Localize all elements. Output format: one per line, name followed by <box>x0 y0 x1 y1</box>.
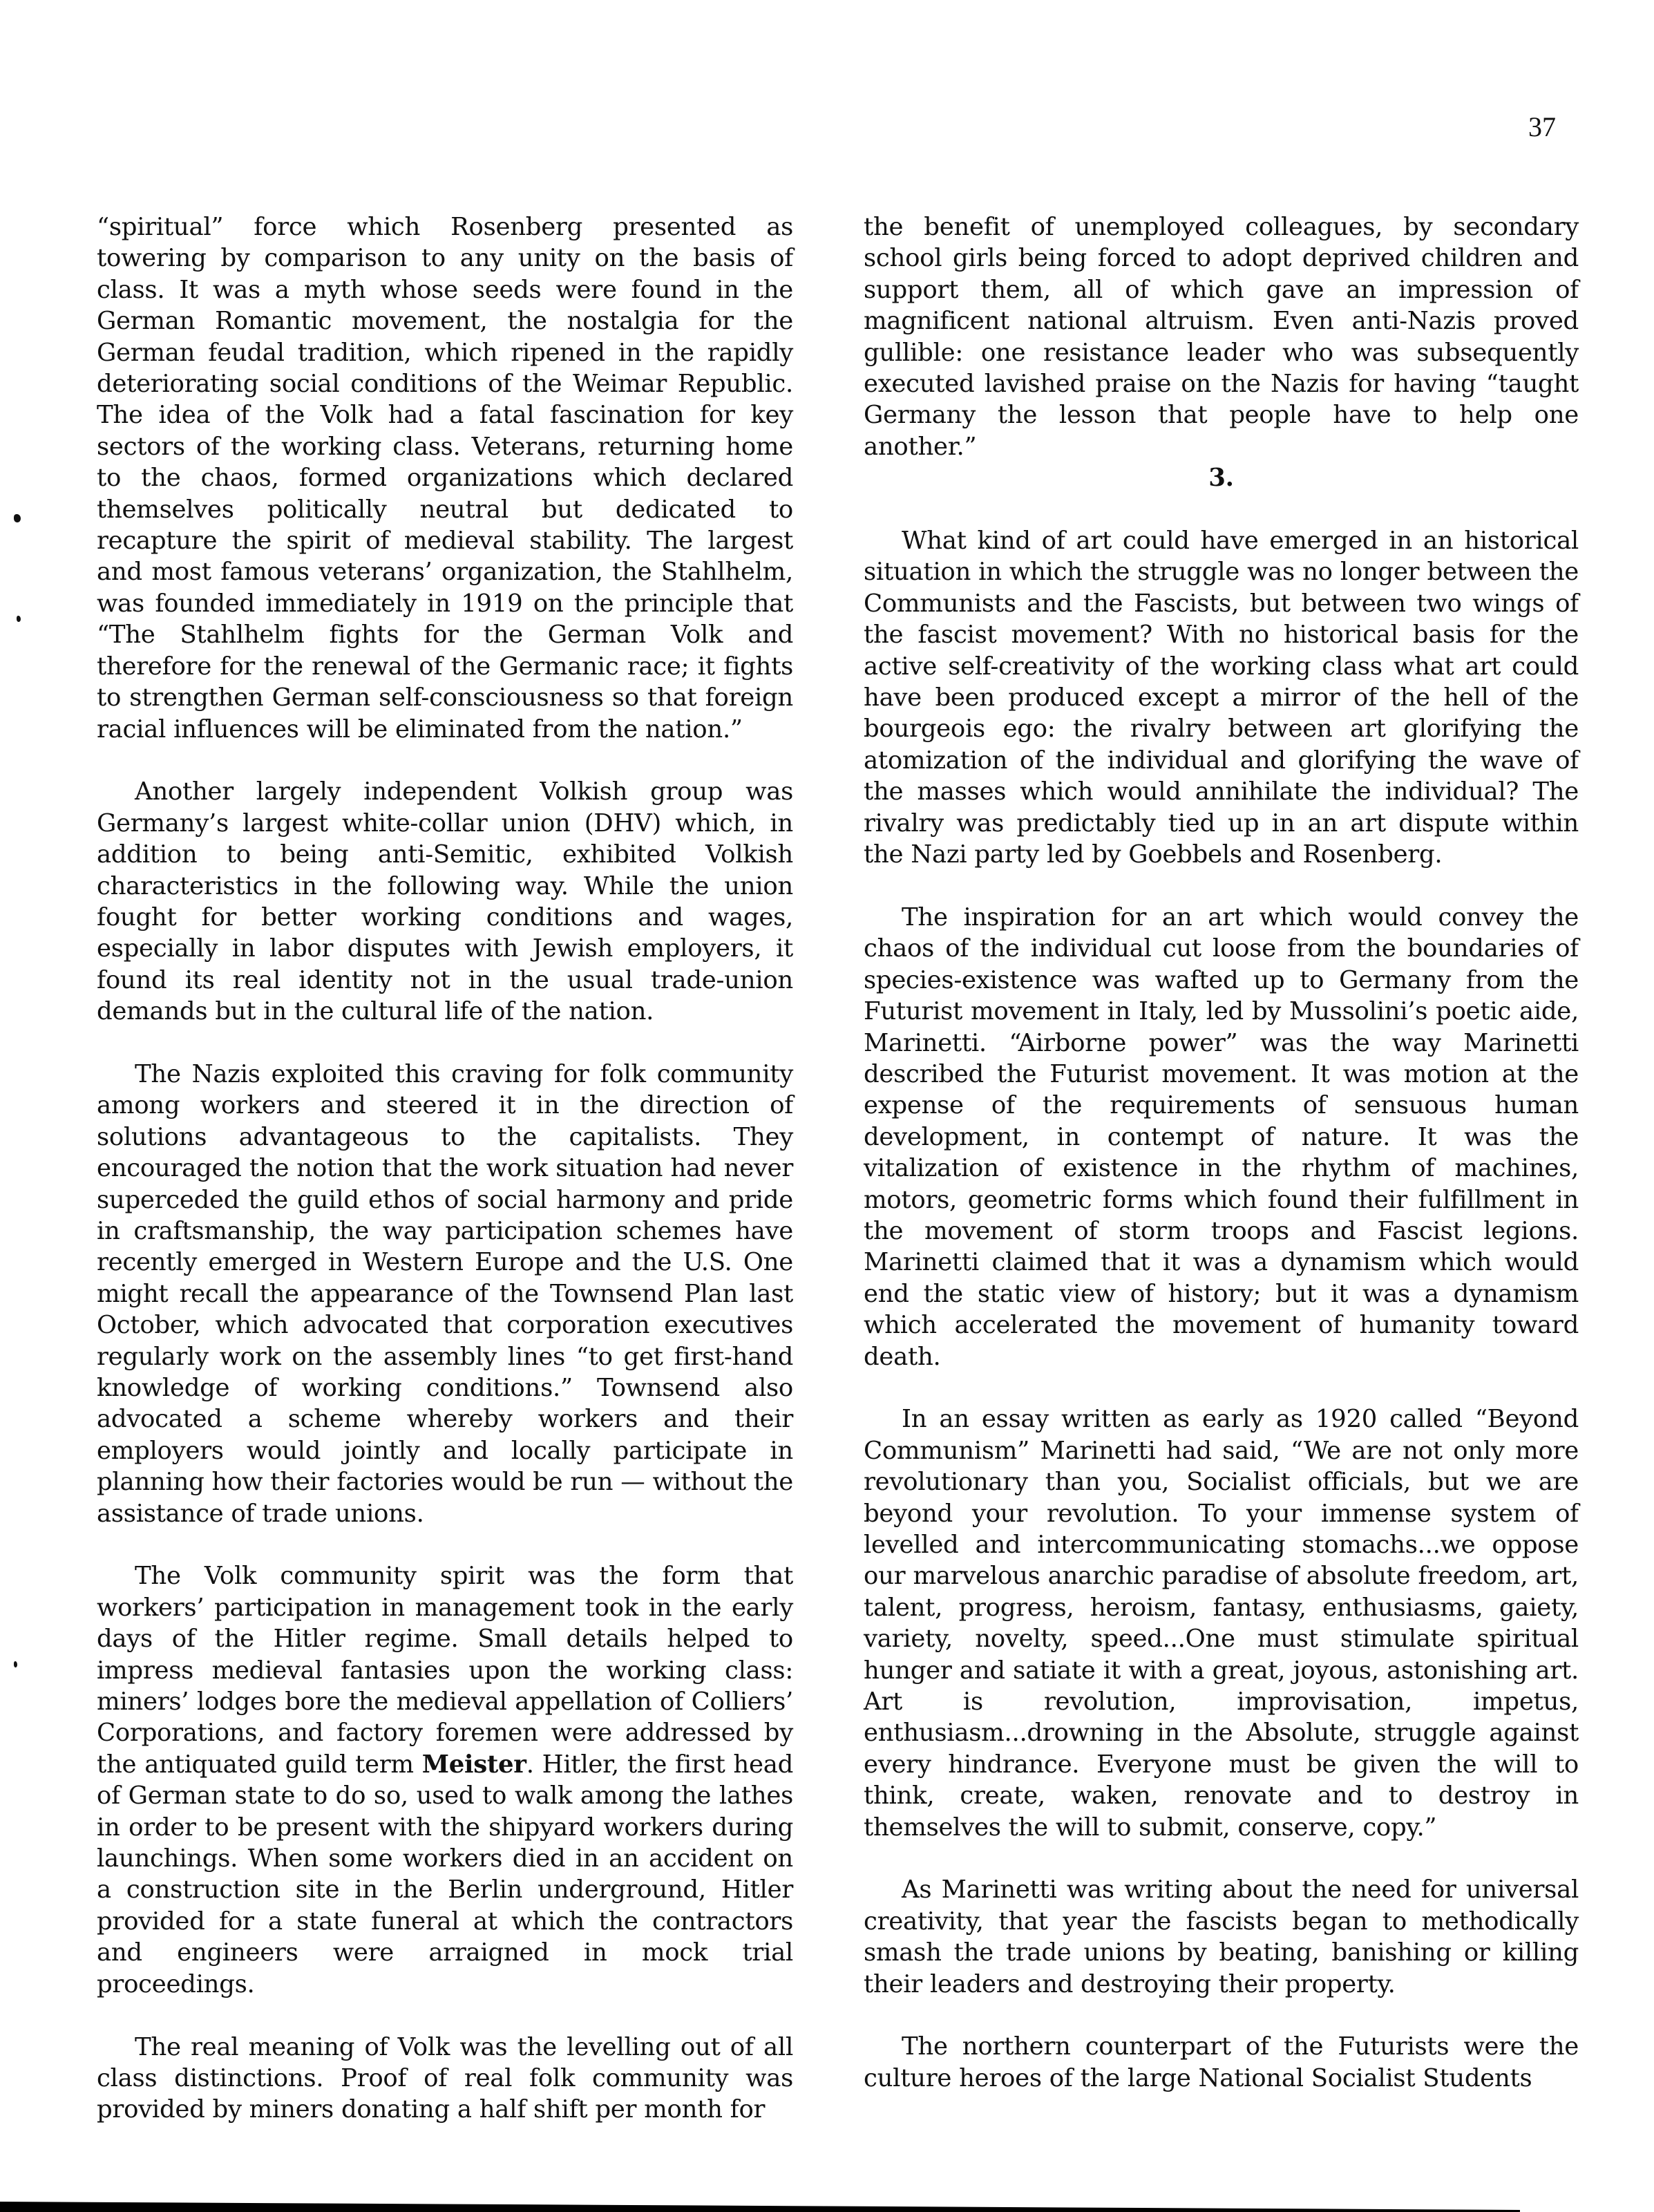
paragraph: The Volk community spirit was the form t… <box>97 1560 793 2000</box>
paragraph-text: . Hitler, the first head of German state… <box>97 1750 793 1998</box>
paragraph: The inspiration for an art which would c… <box>864 902 1579 1372</box>
left-column: “spiritual” force which Rosenberg presen… <box>97 211 793 2126</box>
bottom-scan-edge <box>0 2197 1654 2212</box>
paragraph: What kind of art could have emerged in a… <box>864 525 1579 870</box>
page-number: 37 <box>1528 111 1556 143</box>
paragraph: “spiritual” force which Rosenberg presen… <box>97 211 793 745</box>
section-heading: 3. <box>864 462 1579 493</box>
paragraph: The real meaning of Volk was the levelli… <box>97 2032 793 2126</box>
margin-mark <box>14 514 21 522</box>
paragraph: Another largely independent Volkish grou… <box>97 776 793 1027</box>
margin-mark <box>14 1661 17 1667</box>
emphasis-meister: Meister <box>422 1750 526 1779</box>
paragraph-text: The Volk community spirit was the form t… <box>97 1562 793 1778</box>
right-column: the benefit of unemployed colleagues, by… <box>864 211 1579 2094</box>
paragraph: As Marinetti was writing about the need … <box>864 1874 1579 2000</box>
paragraph: The Nazis exploited this craving for fol… <box>97 1059 793 1529</box>
paragraph: The northern counterpart of the Futurist… <box>864 2031 1579 2094</box>
paragraph-continuation: the benefit of unemployed colleagues, by… <box>864 211 1579 462</box>
document-page: 37 “spiritual” force which Rosenberg pre… <box>0 0 1654 2212</box>
paragraph: In an essay written as early as 1920 cal… <box>864 1403 1579 1843</box>
margin-mark <box>17 616 21 622</box>
